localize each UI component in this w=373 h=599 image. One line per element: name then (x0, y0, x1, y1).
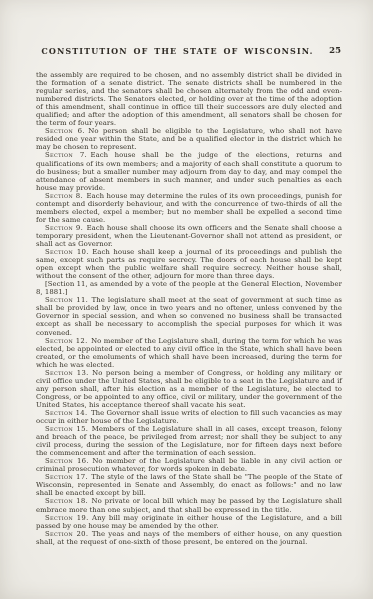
section-paragraph: Section 18. No private or local bill whi… (36, 497, 342, 513)
section-label: Section 16. (45, 457, 89, 465)
scanned-page: CONSTITUTION OF THE STATE OF WISCONSIN. … (0, 0, 373, 599)
section-label: Section 15. (45, 425, 88, 433)
section-label: Section 18. (45, 497, 88, 505)
section-paragraph: Section 17. The style of the laws of the… (36, 473, 342, 497)
section-label: Section 11. (45, 296, 88, 304)
continuation-paragraph: the assembly are required to be chosen, … (36, 71, 342, 127)
section-label: Section 19. (45, 514, 89, 522)
section-paragraph: Section 12. No member of the Legislature… (36, 337, 342, 369)
section-paragraph: Section 11. The legislature shall meet a… (36, 296, 342, 336)
section-paragraph: Section 13. No person being a member of … (36, 369, 342, 409)
section-label: Section 17. (45, 473, 88, 481)
section-paragraph: Section 16. No member of the Legislature… (36, 457, 342, 473)
section-paragraph: Section 10. Each house shall keep a jour… (36, 248, 342, 280)
section-paragraph: Section 19. Any bill may originate in ei… (36, 514, 342, 530)
section-label: Section 20. (45, 530, 88, 538)
section-label: Section 14. (45, 409, 87, 417)
page-header: CONSTITUTION OF THE STATE OF WISCONSIN. … (38, 46, 343, 58)
page-body: the assembly are required to be chosen, … (36, 71, 342, 546)
amendment-note: [Section 11, as amended by a vote of the… (36, 280, 342, 296)
section-label: Section 7. (45, 151, 87, 159)
section-label: Section 12. (45, 337, 88, 345)
section-label: Section 10. (45, 248, 89, 256)
section-paragraph: Section 9. Each house shall choose its o… (36, 224, 342, 248)
section-label: Section 9. (45, 224, 83, 232)
section-label: Section 13. (45, 369, 89, 377)
page-number: 25 (329, 46, 341, 56)
section-paragraph: Section 14. The Governor shall issue wri… (36, 409, 342, 425)
section-paragraph: Section 7. Each house shall be the judge… (36, 151, 342, 191)
section-paragraph: Section 15. Members of the Legislature s… (36, 425, 342, 457)
section-label: Section 6. (45, 127, 85, 135)
section-label: Section 8. (45, 192, 83, 200)
section-paragraph: Section 6. No person shall be eligible t… (36, 127, 342, 151)
running-title: CONSTITUTION OF THE STATE OF WISCONSIN. (38, 46, 343, 56)
section-paragraph: Section 8. Each house may determine the … (36, 192, 342, 224)
section-paragraph: Section 20. The yeas and nays of the mem… (36, 530, 342, 546)
